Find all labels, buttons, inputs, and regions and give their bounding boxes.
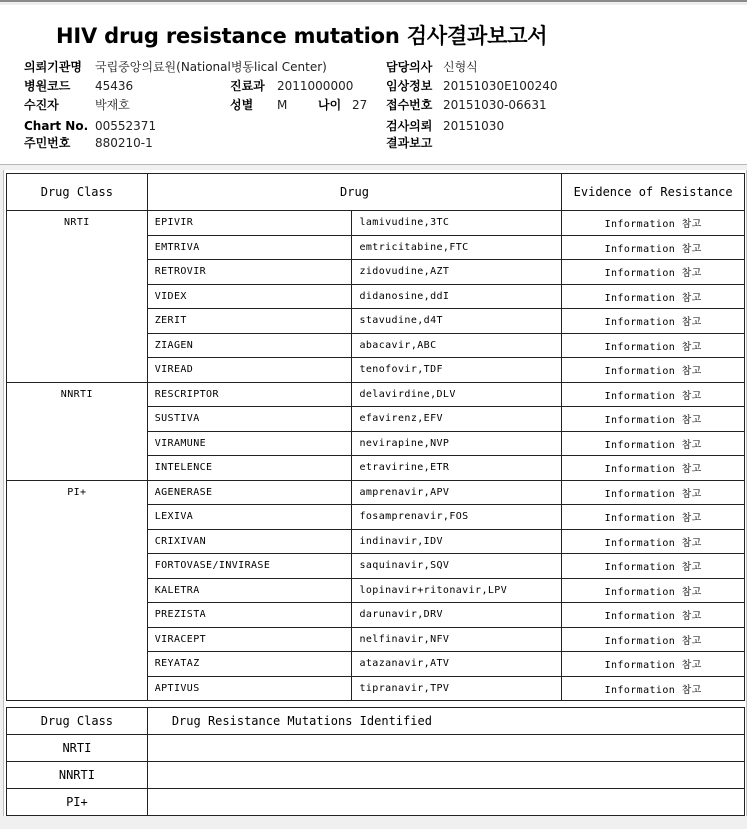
field-label: 접수번호 [386,98,432,112]
table-row: NNRTI RESCRIPTOR delavirdine,DLV Informa… [7,382,745,407]
evidence-cell: Information 참고 [562,358,745,383]
generic-name-cell: darunavir,DRV [352,603,562,628]
brand-name-cell: RESCRIPTOR [147,382,352,407]
header-drug-class: Drug Class [7,174,148,211]
table-row: PI+ AGENERASE amprenavir,APV Information… [7,480,745,505]
evidence-cell: Information 참고 [562,480,745,505]
drug-class-cell: NNRTI [7,762,148,789]
field-label: 의뢰기관명 [24,60,82,74]
table-row: NRTI EPIVIR lamivudine,3TC Information 참… [7,211,745,236]
generic-name-cell: nelfinavir,NFV [352,627,562,652]
field-resident-number: 주민번호 880210-1 [24,136,224,150]
evidence-cell: Information 참고 [562,505,745,530]
panel-bottom-strip [0,816,747,829]
drug-class-cell: NRTI [7,211,148,383]
field-value: 20151030E100240 [443,79,557,93]
generic-name-cell: abacavir,ABC [352,333,562,358]
generic-name-cell: indinavir,IDV [352,529,562,554]
brand-name-cell: VIREAD [147,358,352,383]
header-evidence: Evidence of Resistance [562,174,745,211]
field-value: 00552371 [95,119,156,133]
evidence-cell: Information 참고 [562,627,745,652]
field-label: 병원코드 [24,79,70,93]
field-label: 담당의사 [386,60,432,74]
field-receipt-number: 접수번호 20151030-06631 [386,98,586,112]
evidence-cell: Information 참고 [562,554,745,579]
drug-class-cell: NRTI [7,735,148,762]
evidence-cell: Information 참고 [562,529,745,554]
brand-name-cell: FORTOVASE/INVIRASE [147,554,352,579]
field-label: Chart No. [24,119,88,133]
evidence-cell: Information 참고 [562,676,745,701]
generic-name-cell: amprenavir,APV [352,480,562,505]
field-requesting-institution: 의뢰기관명 국립중앙의료원(National병동lical Center) [24,60,244,74]
generic-name-cell: atazanavir,ATV [352,652,562,677]
evidence-cell: Information 참고 [562,407,745,432]
brand-name-cell: AGENERASE [147,480,352,505]
brand-name-cell: VIRACEPT [147,627,352,652]
field-label: 수진자 [24,98,59,112]
mutations-cell [147,735,744,762]
evidence-cell: Information 참고 [562,456,745,481]
brand-name-cell: EPIVIR [147,211,352,236]
brand-name-cell: VIRAMUNE [147,431,352,456]
field-label: 진료과 [230,79,265,93]
field-label: 검사의뢰 [386,119,432,133]
brand-name-cell: SUSTIVA [147,407,352,432]
mutations-cell [147,762,744,789]
field-value: 45436 [95,79,133,93]
field-sex: 성별 M [230,98,290,112]
generic-name-cell: saquinavir,SQV [352,554,562,579]
generic-name-cell: stavudine,d4T [352,309,562,334]
evidence-cell: Information 참고 [562,211,745,236]
field-result-report-date: 결과보고 [386,136,586,150]
generic-name-cell: etravirine,ETR [352,456,562,481]
generic-name-cell: tenofovir,TDF [352,358,562,383]
drug-class-cell: NNRTI [7,382,148,480]
field-value: 880210-1 [95,136,153,150]
evidence-cell: Information 참고 [562,652,745,677]
table-row: PI+ [7,789,745,816]
brand-name-cell: REYATAZ [147,652,352,677]
brand-name-cell: RETROVIR [147,260,352,285]
evidence-cell: Information 참고 [562,578,745,603]
field-age: 나이 27 [318,98,378,112]
brand-name-cell: KALETRA [147,578,352,603]
field-attending-doctor: 담당의사 신형식 [386,60,586,74]
brand-name-cell: LEXIVA [147,505,352,530]
field-label: 임상정보 [386,79,432,93]
evidence-cell: Information 참고 [562,333,745,358]
field-value: 신형식 [443,60,478,74]
brand-name-cell: ZERIT [147,309,352,334]
table-header-row: Drug Class Drug Resistance Mutations Ide… [7,708,745,735]
evidence-cell: Information 참고 [562,284,745,309]
mutations-cell [147,789,744,816]
generic-name-cell: lopinavir+ritonavir,LPV [352,578,562,603]
field-value: 20151030 [443,119,504,133]
table-header-row: Drug Class Drug Evidence of Resistance [7,174,745,211]
evidence-cell: Information 참고 [562,431,745,456]
header-mutations-identified: Drug Resistance Mutations Identified [147,708,744,735]
field-value: 20151030-06631 [443,98,547,112]
brand-name-cell: INTELENCE [147,456,352,481]
evidence-cell: Information 참고 [562,235,745,260]
brand-name-cell: ZIAGEN [147,333,352,358]
generic-name-cell: fosamprenavir,FOS [352,505,562,530]
mutations-table: Drug Class Drug Resistance Mutations Ide… [6,707,745,816]
brand-name-cell: VIDEX [147,284,352,309]
evidence-cell: Information 참고 [562,260,745,285]
drug-resistance-table: Drug Class Drug Evidence of Resistance N… [6,173,745,701]
field-value: 2011000000 [277,79,353,93]
generic-name-cell: didanosine,ddI [352,284,562,309]
header-drug-class: Drug Class [7,708,148,735]
field-chart-no: Chart No. 00552371 [24,119,224,133]
field-label: 주민번호 [24,136,70,150]
field-label: 나이 [318,98,341,112]
generic-name-cell: lamivudine,3TC [352,211,562,236]
drug-class-cell: PI+ [7,789,148,816]
report-title: HIV drug resistance mutation 검사결과보고서 [56,20,547,50]
generic-name-cell: zidovudine,AZT [352,260,562,285]
table-row: NRTI [7,735,745,762]
table-row: NNRTI [7,762,745,789]
generic-name-cell: emtricitabine,FTC [352,235,562,260]
field-label: 결과보고 [386,136,432,150]
field-value: 국립중앙의료원(National병동lical Center) [95,60,327,74]
drug-class-cell: PI+ [7,480,148,701]
field-test-request-date: 검사의뢰 20151030 [386,119,586,133]
field-patient-name: 수진자 박재호 [24,98,224,112]
field-value: 박재호 [95,98,130,112]
generic-name-cell: nevirapine,NVP [352,431,562,456]
brand-name-cell: EMTRIVA [147,235,352,260]
field-department: 진료과 2011000000 [230,79,370,93]
evidence-cell: Information 참고 [562,603,745,628]
window-top-strip [0,2,747,5]
field-value: M [277,98,287,112]
field-clinical-info: 임상정보 20151030E100240 [386,79,586,93]
evidence-cell: Information 참고 [562,309,745,334]
field-value: 27 [352,98,367,112]
field-label: 성별 [230,98,253,112]
generic-name-cell: tipranavir,TPV [352,676,562,701]
evidence-cell: Information 참고 [562,382,745,407]
brand-name-cell: CRIXIVAN [147,529,352,554]
brand-name-cell: PREZISTA [147,603,352,628]
header-drug: Drug [147,174,562,211]
generic-name-cell: efavirenz,EFV [352,407,562,432]
brand-name-cell: APTIVUS [147,676,352,701]
generic-name-cell: delavirdine,DLV [352,382,562,407]
field-hospital-code: 병원코드 45436 [24,79,224,93]
